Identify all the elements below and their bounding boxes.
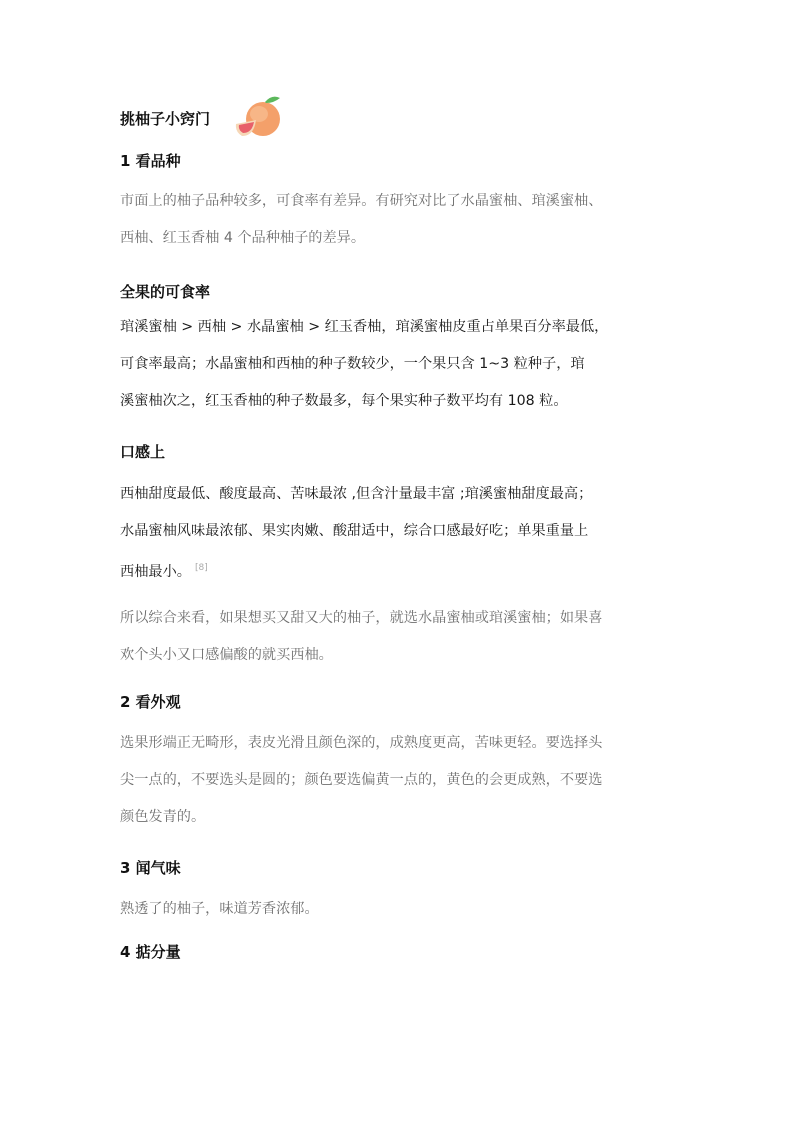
text-line: 西柚、红玉香柚 4 个品种柚子的差异。 xyxy=(120,220,602,257)
paragraph-edible-rate: 琯溪蜜柚 > 西柚 > 水晶蜜柚 > 红玉香柚，琯溪蜜柚皮重占单果百分率最低， … xyxy=(120,309,608,420)
paragraph-taste: 西柚甜度最低、酸度最高、苦味最浓 ,但含汁量最丰富 ;琯溪蜜柚甜度最高； 水晶蜜… xyxy=(120,476,592,591)
text-line: 溪蜜柚次之，红玉香柚的种子数最多，每个果实种子数平均有 108 粒。 xyxy=(120,383,608,420)
text-line: 尖一点的，不要选头是圆的；颜色要选偏黄一点的，黄色的会更成熟，不要选 xyxy=(120,762,602,799)
text-line: 西柚最小。[8] xyxy=(120,550,592,591)
paragraph-summary: 所以综合来看，如果想买又甜又大的柚子，就选水晶蜜柚或琯溪蜜柚；如果喜 欢个头小又… xyxy=(120,600,602,674)
text-segment: 西柚最小。 xyxy=(120,564,191,580)
paragraph-variety-intro: 市面上的柚子品种较多，可食率有差异。有研究对比了水晶蜜柚、琯溪蜜柚、 西柚、红玉… xyxy=(120,183,602,257)
document-title: 挑柚子小窍门 xyxy=(120,108,210,129)
title-text: 挑柚子小窍门 xyxy=(120,110,210,128)
text-line: 选果形端正无畸形，表皮光滑且颜色深的，成熟度更高，苦味更轻。要选择头 xyxy=(120,725,602,762)
section-heading-smell: 3 闻气味 xyxy=(120,857,181,878)
section-heading-weight: 4 掂分量 xyxy=(120,941,181,962)
text-line: 欢个头小又口感偏酸的就买西柚。 xyxy=(120,637,602,674)
paragraph-appearance: 选果形端正无畸形，表皮光滑且颜色深的，成熟度更高，苦味更轻。要选择头 尖一点的，… xyxy=(120,725,602,836)
grapefruit-icon xyxy=(232,92,286,142)
subheading-taste: 口感上 xyxy=(120,441,165,462)
citation-link[interactable]: [8] xyxy=(195,563,208,573)
text-line: 所以综合来看，如果想买又甜又大的柚子，就选水晶蜜柚或琯溪蜜柚；如果喜 xyxy=(120,600,602,637)
text-line: 颜色发青的。 xyxy=(120,799,602,836)
text-line: 市面上的柚子品种较多，可食率有差异。有研究对比了水晶蜜柚、琯溪蜜柚、 xyxy=(120,183,602,220)
text-line: 琯溪蜜柚 > 西柚 > 水晶蜜柚 > 红玉香柚，琯溪蜜柚皮重占单果百分率最低， xyxy=(120,309,608,346)
text-line: 水晶蜜柚风味最浓郁、果实肉嫩、酸甜适中，综合口感最好吃；单果重量上 xyxy=(120,513,592,550)
subheading-edible-rate: 全果的可食率 xyxy=(120,281,210,302)
text-line: 可食率最高；水晶蜜柚和西柚的种子数较少，一个果只含 1~3 粒种子，琯 xyxy=(120,346,608,383)
section-heading-variety: 1 看品种 xyxy=(120,150,181,171)
text-line: 西柚甜度最低、酸度最高、苦味最浓 ,但含汁量最丰富 ;琯溪蜜柚甜度最高； xyxy=(120,476,592,513)
text-line: 熟透了的柚子，味道芳香浓郁。 xyxy=(120,891,319,928)
paragraph-smell: 熟透了的柚子，味道芳香浓郁。 xyxy=(120,891,319,928)
section-heading-appearance: 2 看外观 xyxy=(120,691,181,712)
